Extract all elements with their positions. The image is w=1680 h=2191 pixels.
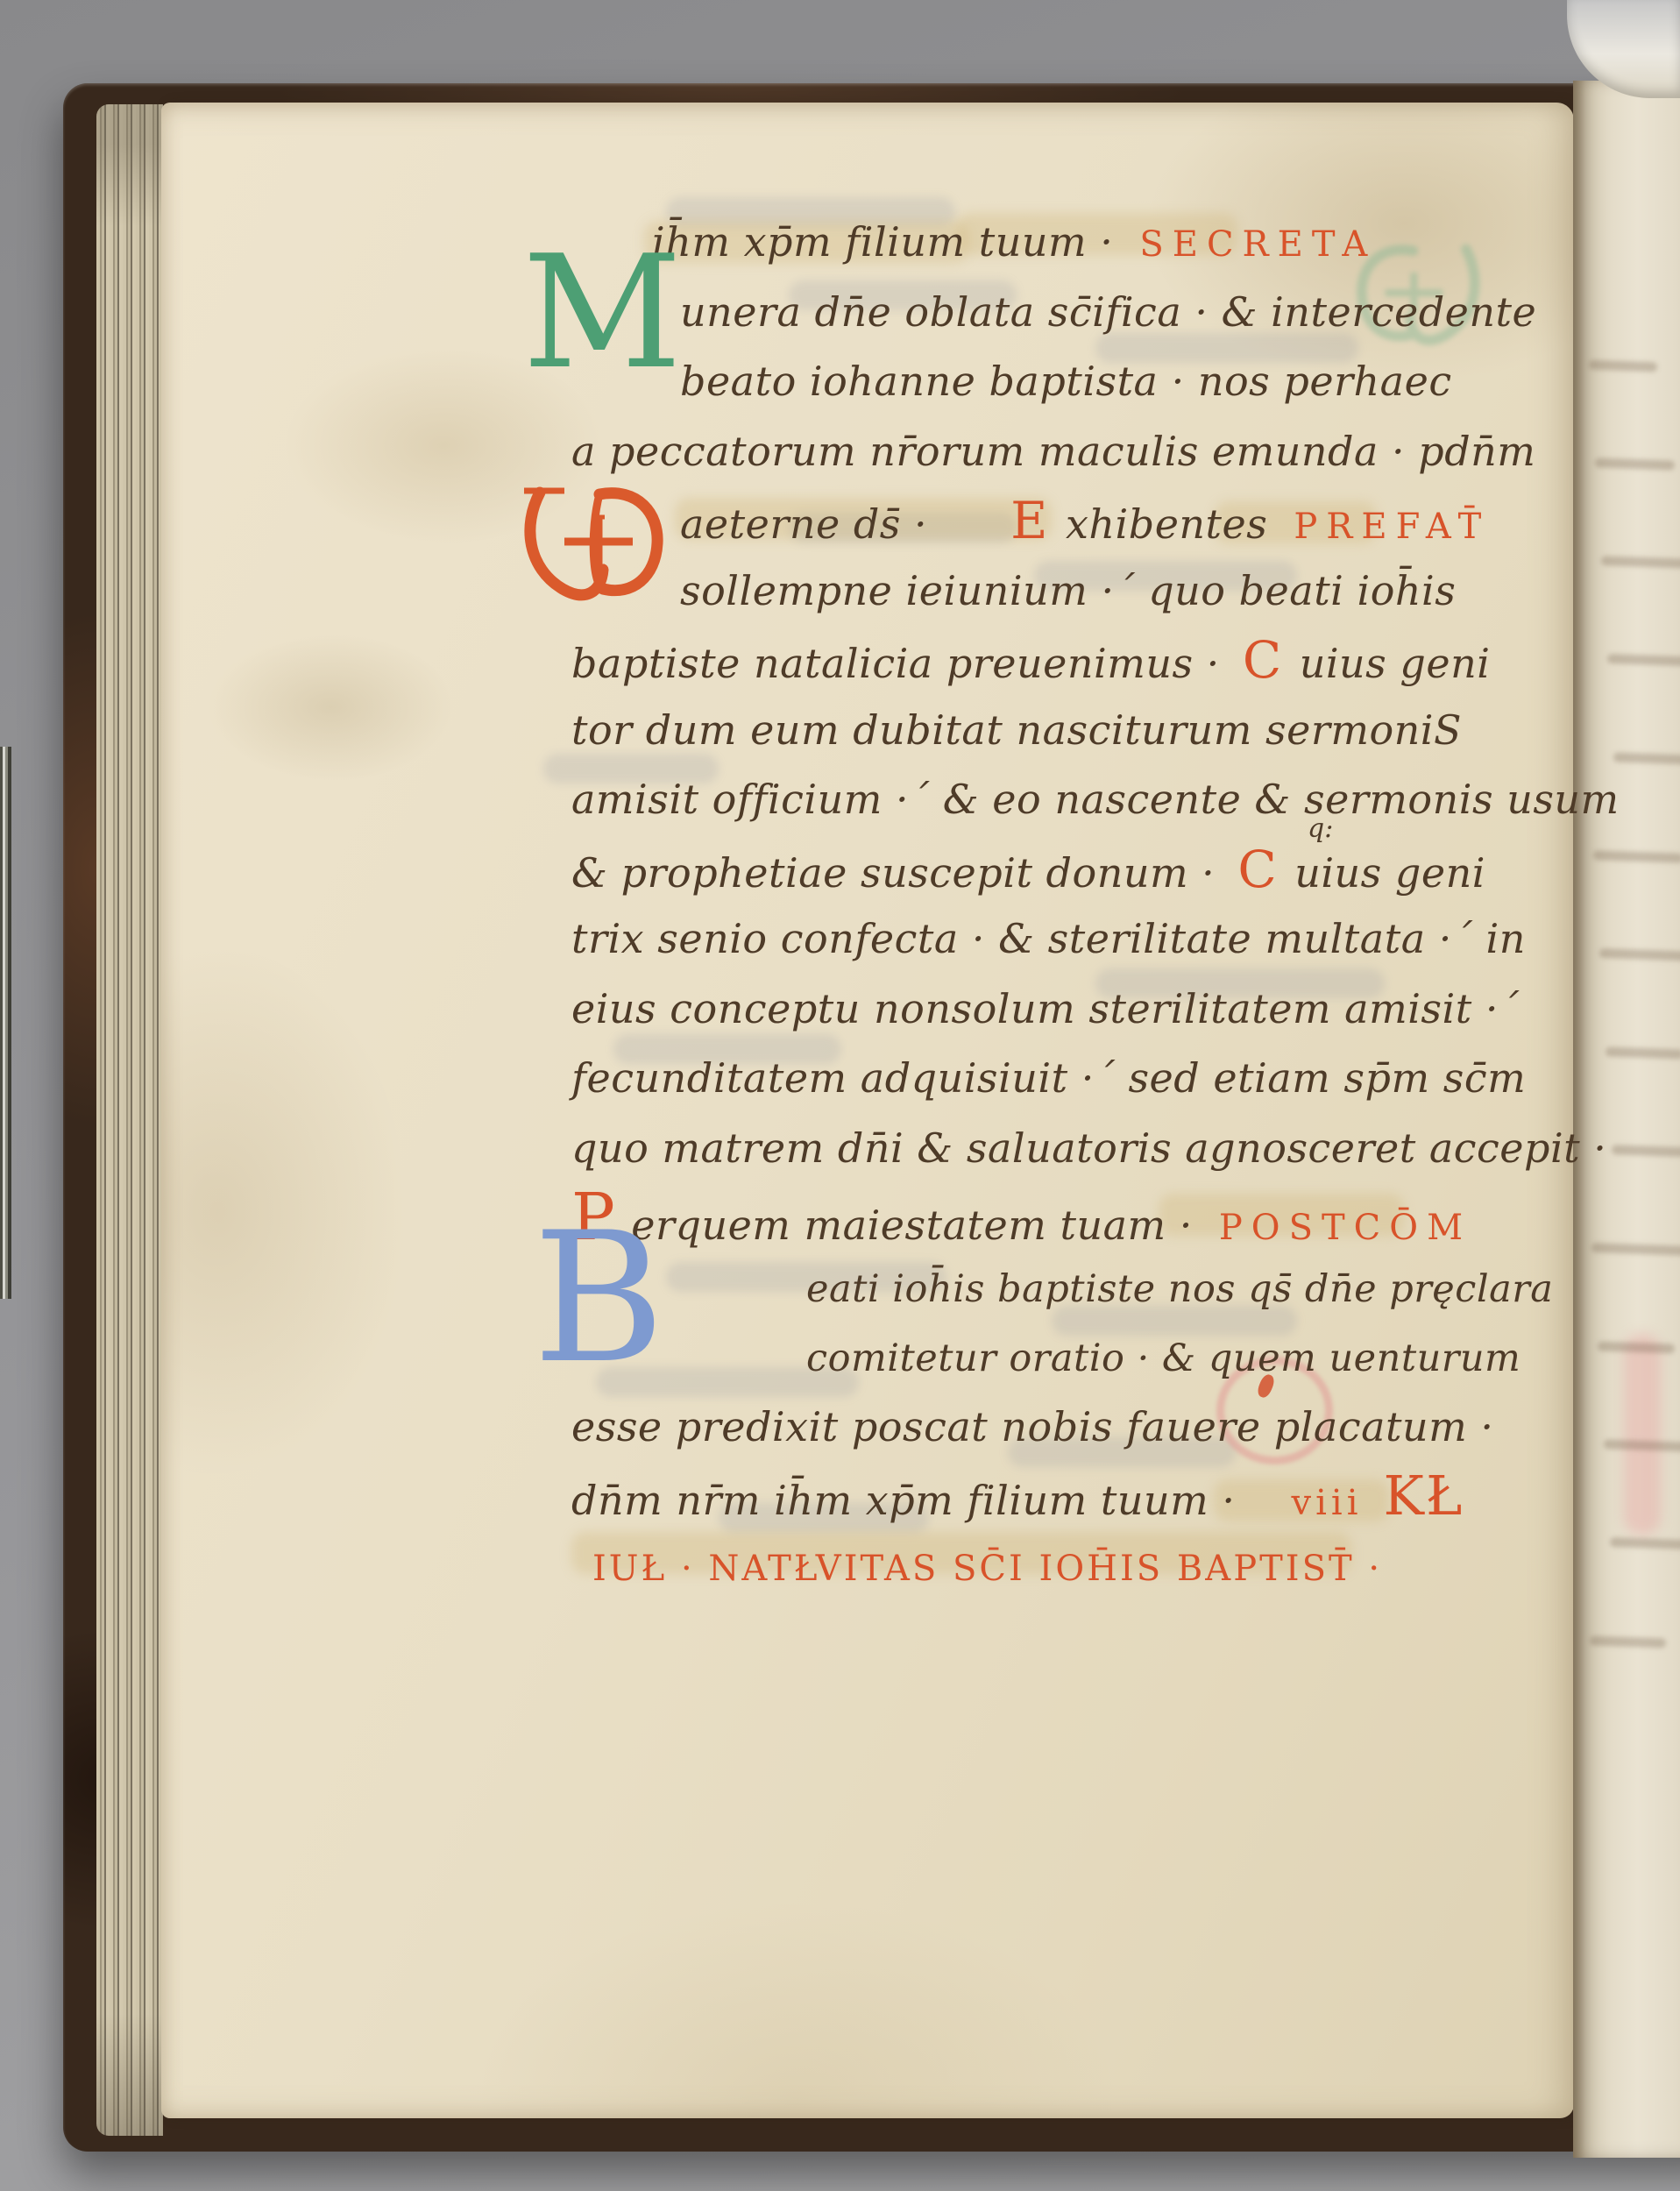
body-text: esse predixit poscat nobis fauere placat… [571,1403,1494,1450]
body-text: unera dn̄e oblata sc̄ifica · & intercede… [680,288,1536,336]
text-line: fecunditatem adquisiuit ·´ sed etiam sp̄… [571,1053,1526,1109]
rubric-text: viii [1292,1483,1363,1523]
text-line: dn̄m nr̄m ih̄m xp̄m filium tuum ·viiiKŁ [571,1471,1464,1527]
text-line: & prophetiae suscepit donum ·Cuius geni [571,844,1485,900]
photo-stage: ih̄m xp̄m filium tuum ·SECRETAunera dn̄e… [0,0,1680,2191]
body-text: fecunditatem adquisiuit ·´ sed etiam sp̄… [571,1054,1526,1102]
versal-initial: E [1010,491,1048,550]
text-line: baptiste natalicia preuenimus ·Cuius gen… [571,635,1490,691]
text-line: sollempne ieiunium ·´ quo beati ioh̄is [680,565,1456,621]
text-line: eius conceptu nonsolum sterilitatem amis… [571,983,1519,1039]
body-text: amisit officium ·´ & eo nascente & sermo… [571,776,1620,823]
text-line: quo matrem dn̄i & saluatoris agnosceret … [571,1123,1606,1179]
versal-initial: C [1237,840,1277,899]
text-line: trix senio confecta · & sterilitate mult… [571,913,1526,969]
body-text: tor dum eum dubitat nasciturum sermoniS [571,706,1462,754]
text-line: tor dum eum dubitat nasciturum sermoniS [571,705,1462,761]
text-line: comitetur oratio · & quem uenturum [806,1331,1521,1387]
body-text: dn̄m nr̄m ih̄m xp̄m filium tuum · [571,1477,1236,1524]
rubric-text: PREFAT̄ [1294,507,1490,547]
text-line: unera dn̄e oblata sc̄ifica · & intercede… [680,287,1536,343]
text-line: a peccatorum nr̄orum maculis emunda · pd… [571,426,1535,482]
body-text: & prophetiae suscepit donum · [571,849,1215,897]
initial-b-blue: B [533,1209,665,1389]
text-line: aeterne ds̄ ·ExhibentesPREFAT̄ [680,495,1490,551]
body-text: ih̄m xp̄m filium tuum · [652,218,1113,266]
text-line: IUŁ · NATŁVITAS SC̄I IOH̄IS BAPTIST̄ · [592,1541,1382,1597]
text-line: Perquem maiestatem tuam ·POSTCŌM [571,1192,1471,1248]
text-block: ih̄m xp̄m filium tuum ·SECRETAunera dn̄e… [0,0,1680,2191]
interlinear-gloss: q: [1308,813,1333,844]
body-text: sollempne ieiunium ·´ quo beati ioh̄is [680,567,1456,614]
body-text: a peccatorum nr̄orum maculis emunda · pd… [571,428,1535,475]
text-line: esse predixit poscat nobis fauere placat… [571,1401,1494,1457]
rubric-text: SECRETA [1139,224,1376,265]
text-line: beato iohanne baptista · nos perhaec [680,356,1452,412]
vd-monogram-initial [508,480,675,613]
text-line: amisit officium ·´ & eo nascente & sermo… [571,774,1620,830]
body-text: quo matrem dn̄i & saluatoris agnosceret … [571,1124,1606,1172]
text-line: ih̄m xp̄m filium tuum ·SECRETA [652,216,1376,273]
rubric-text: POSTCŌM [1219,1208,1471,1248]
body-text: uius geni [1300,640,1491,687]
text-line: eati ioh̄is baptiste nos qs̄ dn̄e pręcla… [806,1262,1553,1318]
body-text: erquem maiestatem tuam · [631,1202,1193,1249]
rubric-text: IUŁ · NATŁVITAS SC̄I IOH̄IS BAPTIST̄ · [592,1549,1382,1589]
body-text: aeterne ds̄ · [680,500,927,548]
body-text: eius conceptu nonsolum sterilitatem amis… [571,985,1519,1032]
body-text: trix senio confecta · & sterilitate mult… [571,915,1526,962]
body-text: baptiste natalicia preuenimus · [571,640,1220,687]
versal-initial: C [1243,630,1282,690]
body-text: beato iohanne baptista · nos perhaec [680,358,1452,405]
body-text: xhibentes [1066,500,1267,548]
body-text: comitetur oratio · & quem uenturum [806,1337,1521,1380]
initial-m-green: M [522,235,682,391]
body-text: uius geni [1294,849,1485,897]
rubric-text: KŁ [1384,1464,1464,1528]
body-text: eati ioh̄is baptiste nos qs̄ dn̄e pręcla… [806,1267,1553,1311]
